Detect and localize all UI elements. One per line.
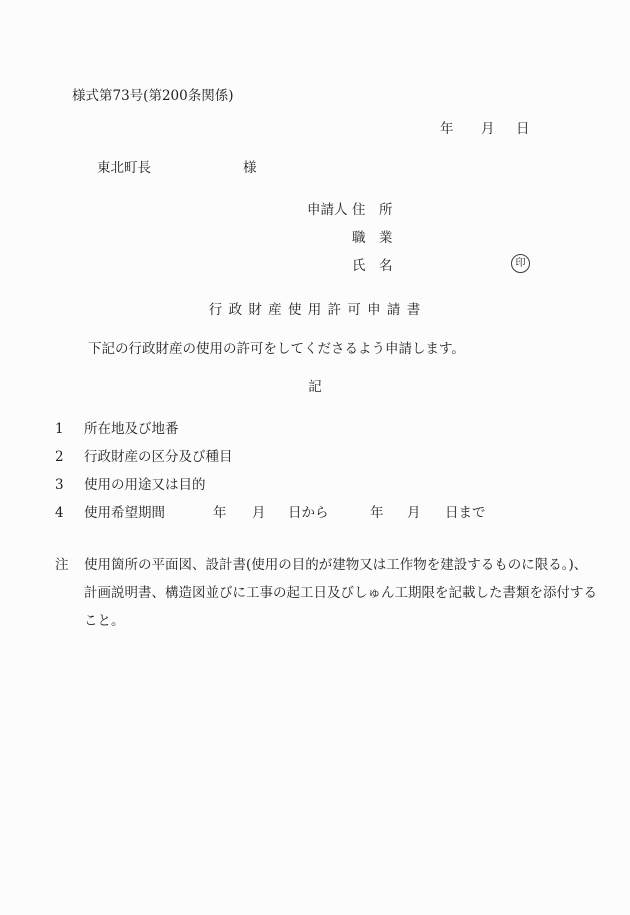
note-line-1: 使用箇所の平面図、設計書(使用の目的が建物又は工作物を建設するものに限る。)、	[84, 557, 587, 574]
addressee-name: 東北町長	[97, 160, 151, 177]
application-form-page: 様式第73号(第200条関係) 年 月 日 東北町長 様 申請人 住 所 職 業…	[0, 0, 630, 915]
date-month-label: 月	[481, 121, 495, 138]
item-1-number: 1	[55, 421, 64, 438]
item-4-number: 4	[55, 505, 64, 522]
period-to-month-label: 月	[407, 505, 421, 522]
item-2-label: 行政財産の区分及び種目	[84, 449, 233, 466]
item-3-number: 3	[55, 477, 64, 494]
applicant-name-label: 氏 名	[352, 258, 393, 275]
item-2-number: 2	[55, 449, 64, 466]
form-number: 様式第73号(第200条関係)	[72, 88, 233, 105]
period-to-year-label: 年	[370, 505, 384, 522]
item-4-label: 使用希望期間	[84, 505, 165, 522]
item-3-label: 使用の用途又は目的	[84, 477, 206, 494]
applicant-label: 申請人	[307, 202, 348, 219]
request-sentence: 下記の行政財産の使用の許可をしてくださるよう申請します。	[88, 341, 465, 358]
record-marker: 記	[0, 379, 630, 396]
note-line-2: 計画説明書、構造図並びに工事の起工日及びしゅん工期限を記載した書類を添付する	[84, 585, 597, 602]
period-to-day-label: 日まで	[445, 505, 486, 522]
seal-icon: 印	[511, 254, 530, 273]
period-from-day-label: 日から	[288, 505, 329, 522]
item-1-label: 所在地及び地番	[84, 421, 179, 438]
document-title: 行 政 財 産 使 用 許 可 申 請 書	[0, 302, 630, 319]
applicant-address-label: 住 所	[352, 202, 393, 219]
date-day-label: 日	[516, 121, 530, 138]
period-from-month-label: 月	[252, 505, 266, 522]
period-from-year-label: 年	[213, 505, 227, 522]
addressee-honorific: 様	[243, 160, 257, 177]
date-year-label: 年	[440, 121, 454, 138]
note-line-3: こと。	[84, 613, 125, 630]
note-label: 注	[55, 557, 69, 574]
applicant-occupation-label: 職 業	[352, 230, 393, 247]
seal-mark-text: 印	[516, 259, 526, 269]
